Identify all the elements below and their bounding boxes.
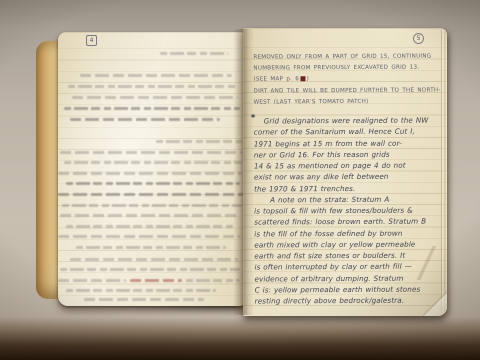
handwritten-line: evidence of arbitrary dumping. Stratum (254, 272, 442, 284)
handwritten-line: earth and fist size stones or boulders. … (254, 250, 442, 262)
showthrough-line (58, 279, 126, 282)
showthrough-line (66, 182, 240, 185)
handwritten-line: earth mixed with clay or yellow permeabl… (254, 238, 442, 250)
showthrough-line (68, 85, 236, 88)
handwritten-line: C is: yellow permeable earth without sto… (255, 283, 443, 295)
showthrough-line (70, 258, 238, 261)
showthrough-line (60, 214, 238, 217)
left-sheet: 4 (58, 32, 244, 306)
showthrough-red-passage (130, 279, 182, 282)
handwritten-line: WEST (LAST YEAR'S TOMATO PATCH) (254, 96, 442, 108)
cursive-paragraph: * Grid designations were realigned to th… (254, 115, 443, 307)
handwritten-line: is the fill of the fosse defined by brow… (254, 227, 442, 239)
map-reference-close: ) (307, 77, 309, 83)
showthrough-line (64, 161, 242, 164)
red-map-square-marker (301, 77, 306, 82)
showthrough-line (64, 107, 240, 110)
notebook-photo: 4 (0, 0, 480, 360)
showthrough-line (186, 279, 240, 282)
showthrough-line (160, 52, 228, 55)
handwritten-line: DIRT AND TILE WILL BE DUMPED FURTHER TO … (254, 85, 442, 97)
right-page: 5 REMOVED ONLY FROM A PART OF GRID 15, C… (243, 28, 447, 316)
handwritten-line: scattered finds: loose brown earth. Stra… (254, 216, 442, 228)
showthrough-line (80, 74, 232, 77)
map-reference-text: (SEE MAP p. 6 (253, 77, 299, 83)
footnote-asterisk: * (251, 113, 256, 123)
showthrough-line (156, 140, 242, 143)
showthrough-line (84, 298, 204, 301)
showthrough-line (66, 225, 236, 228)
left-page-number: 4 (86, 35, 97, 46)
right-page-number: 5 (413, 33, 424, 44)
showthrough-line (60, 151, 242, 154)
showthrough-line (60, 268, 240, 271)
handwritten-line: corner of the Sanitarium wall. Hence Cut… (254, 126, 442, 138)
showthrough-line (62, 204, 242, 207)
left-page: 4 (36, 32, 244, 308)
printed-caps-paragraph: REMOVED ONLY FROM A PART OF GRID 15, CON… (253, 52, 441, 109)
showthrough-line (70, 118, 220, 121)
handwritten-line: resting directly above bedrock/galestra. (255, 295, 443, 307)
handwritten-line: NUMBERING FROM PREVIOUSLY EXCAVATED GRID… (253, 63, 441, 75)
showthrough-line (76, 246, 226, 249)
showthrough-line (72, 96, 238, 99)
showthrough-line (58, 172, 242, 175)
showthrough-line (58, 235, 240, 238)
showthrough-line (58, 193, 244, 196)
handwritten-notes: REMOVED ONLY FROM A PART OF GRID 15, CON… (253, 52, 442, 307)
showthrough-line (66, 289, 216, 292)
handwritten-line: is often interrupted by clay or earth fi… (254, 261, 442, 273)
